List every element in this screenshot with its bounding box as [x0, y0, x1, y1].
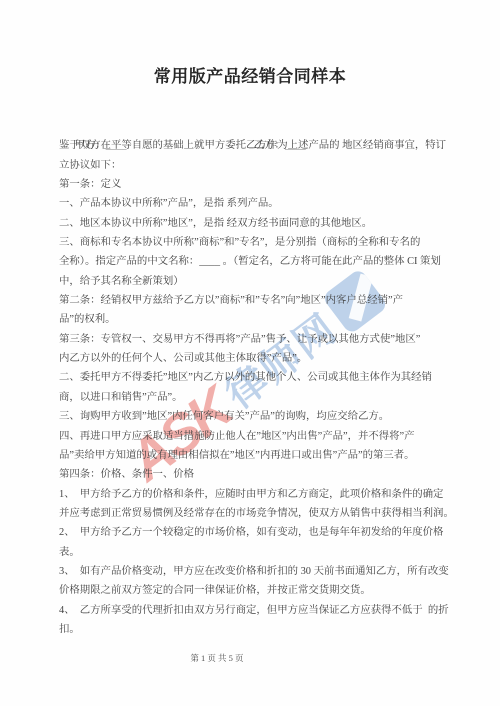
body-line: 四、再进口甲方应采取适当措施防止他人在”地区”内出售”产品”，并不得将”产 — [59, 427, 455, 446]
body-line: 三、询购甲方收到”地区”内任何客户有关”产品”的询购，均应交给乙方。 — [59, 407, 455, 426]
contract-page: ASK 律师网 常用版产品经销合同样本 甲方：____ 乙方：____ 鉴于双方… — [0, 0, 500, 706]
body-line: 表。 — [59, 543, 455, 562]
body-line: 品”卖给甲方知道的或有理由相信拟在”地区”内再进口或出售”产品”的第三者。 — [59, 446, 455, 465]
body-line: 第一条：定义 — [59, 175, 455, 194]
body-line: 内乙方以外的任何个人、公司或其他主体取得”产品”。 — [59, 349, 455, 368]
body-line: 品”的权利。 — [59, 310, 455, 329]
body-line: 第四条：价格、条件一、价格 — [59, 465, 455, 484]
party-b-group: 乙方：____ — [233, 117, 306, 175]
page-number: 第 1 页 共 5 页 — [0, 652, 434, 664]
body-line: 2、 甲方给予乙方一个较稳定的市场价格，如有变动，也是每年年初发给的年度价格 — [59, 523, 455, 542]
party-a-blank: ____ — [106, 140, 127, 151]
parties-row: 甲方：____ 乙方：____ — [59, 117, 455, 136]
body-line: 一、产品本协议中所称”产品”，是指 系列产品。 — [59, 194, 455, 213]
body-line: 全称）。指定产品的中文名称：____ 。（暂定名，乙方将可能在此产品的整体 CI… — [59, 252, 455, 271]
page-title: 常用版产品经销合同样本 — [0, 62, 500, 87]
body-line: 商，以进口和销售”产品”。 — [59, 388, 455, 407]
body-line: 第二条：经销权甲方兹给予乙方以”商标”和”专名”向”地区”内客户总经销”产 — [59, 291, 455, 310]
body-line: 4、 乙方所享受的代理折扣由双方另行商定，但甲方应当保证乙方应获得不低于 的折 — [59, 601, 455, 620]
body-line: 并应考虑到正常贸易惯例及经常存在的市场竞争情况，使双方从销售中获得相当利润。 — [59, 504, 455, 523]
body-line: 1、 甲方给予乙方的价格和条件，应随时由甲方和乙方商定，此项价格和条件的确定 — [59, 485, 455, 504]
party-b-label: 乙方： — [254, 140, 285, 151]
party-b-blank: ____ — [285, 140, 306, 151]
body-line: 价格期限之前双方签定的合同一律保证价格，并按正常交货期交货。 — [59, 581, 455, 600]
body-line: 扣。 — [59, 620, 455, 639]
party-a-label: 甲方： — [75, 140, 106, 151]
body-line: 二、地区本协议中所称”地区”，是指 经双方经书面同意的其他地区。 — [59, 214, 455, 233]
body-line: 3、 如有产品价格变动，甲方应在改变价格和折扣的 30 天前书面通知乙方，所有改… — [59, 562, 455, 581]
body-line: 第三条：专管权一、交易甲方不得再将”产品”售予、让予或以其他方式使”地区” — [59, 330, 455, 349]
body-line: 三、商标和专名本协议中所称”商标”和”专名”，是分别指（商标的全称和专名的 — [59, 233, 455, 252]
body-lines: 鉴于双方在平等自愿的基础上就甲方委托乙方作为上述产品的 地区经销商事宜，特订立协… — [59, 136, 455, 639]
body-line: 二、委托甲方不得委托”地区”内乙方以外的其他个人、公司或其他主体作为其经销 — [59, 368, 455, 387]
body-line: 中，给予其名称全新策划） — [59, 272, 455, 291]
document-body: 甲方：____ 乙方：____ 鉴于双方在平等自愿的基础上就甲方委托乙方作为上述… — [59, 117, 455, 639]
